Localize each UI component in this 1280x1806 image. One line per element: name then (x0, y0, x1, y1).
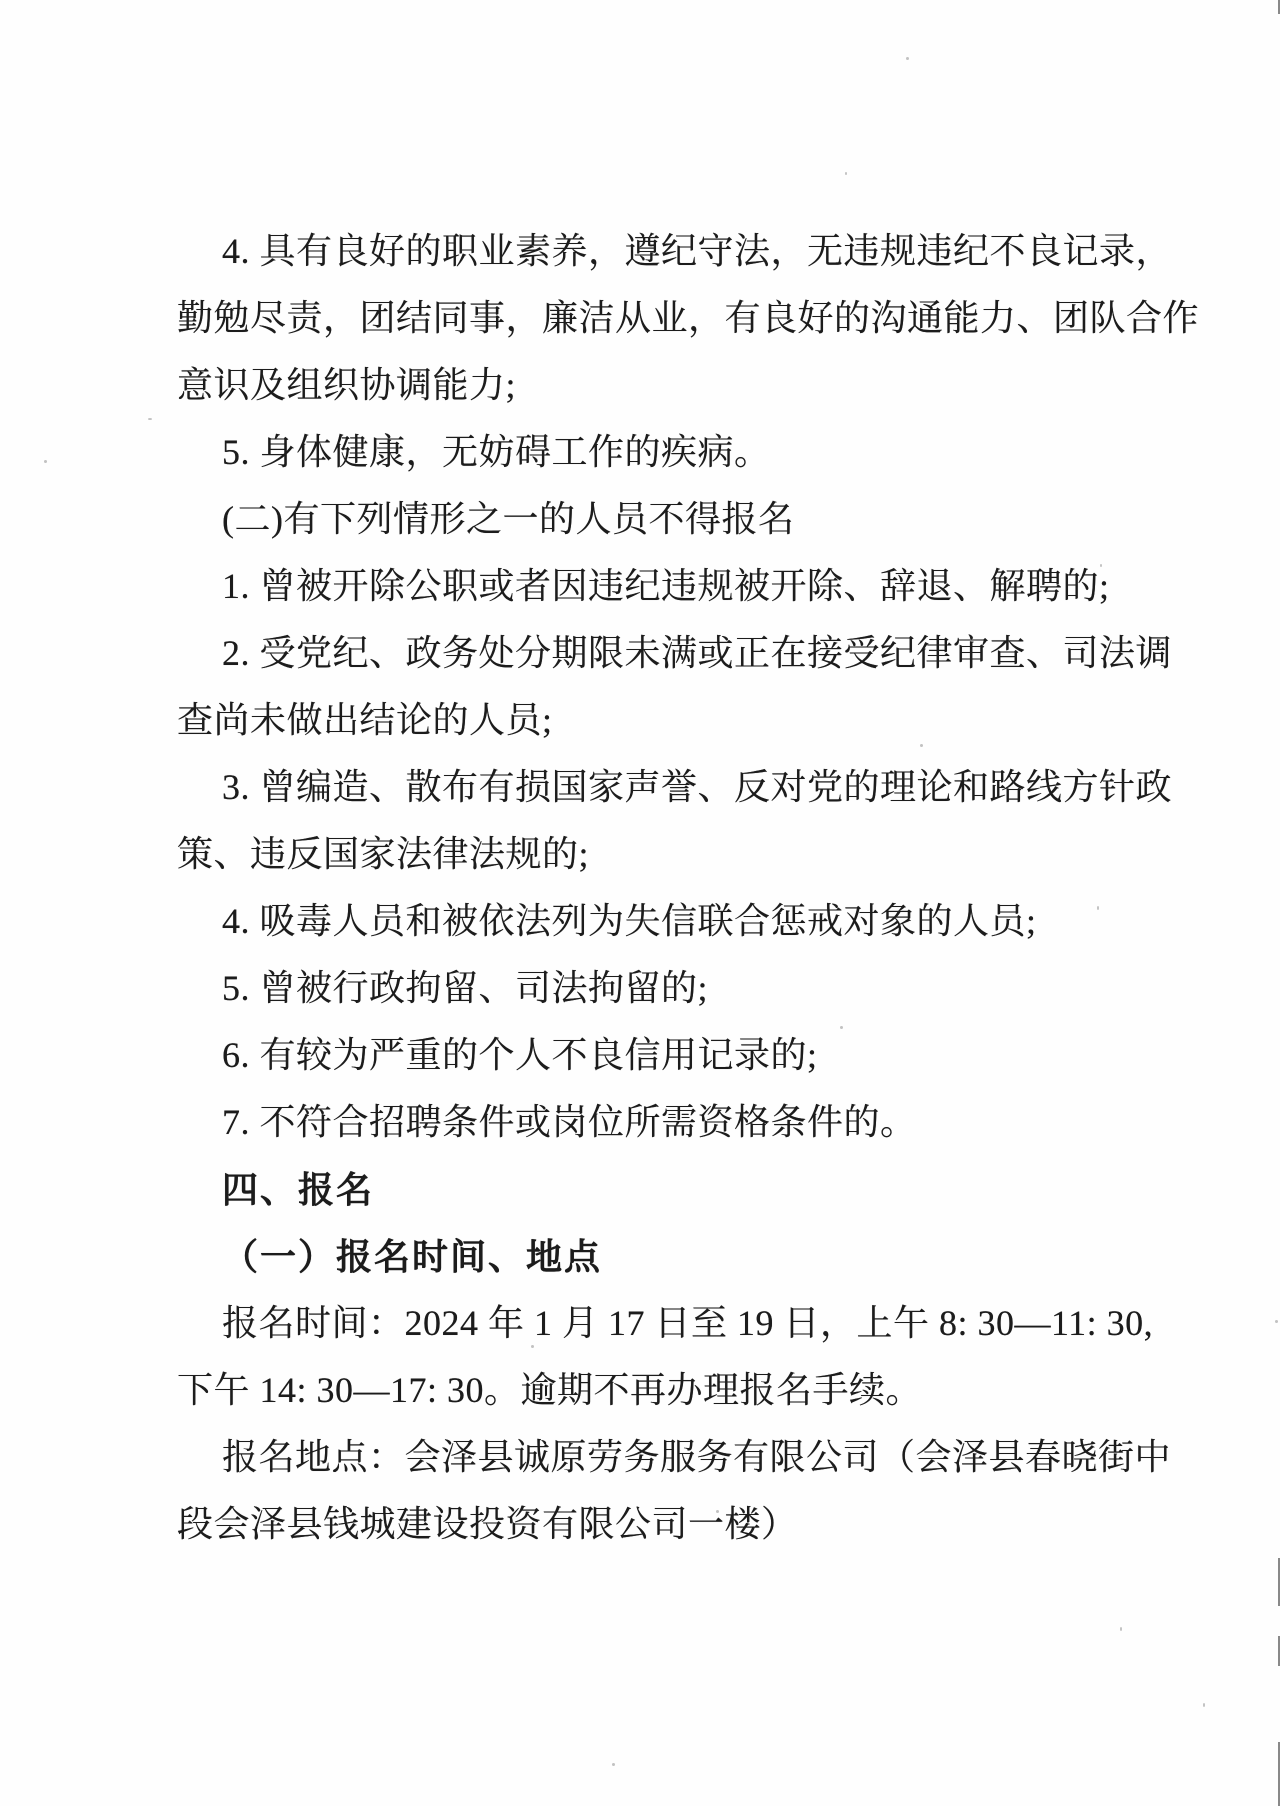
disqual-item-2-line-1: 2. 受党纪、政务处分期限未满或正在接受纪律审查、司法调 (177, 620, 1152, 687)
scan-speck (906, 57, 909, 60)
registration-location-line-2: 段会泽县钱城建设投资有限公司一楼） (177, 1491, 1152, 1558)
subsection-2-heading: (二)有下列情形之一的人员不得报名 (177, 486, 1152, 553)
disqual-item-2-line-2: 查尚未做出结论的人员; (177, 687, 1152, 754)
subsection-1-heading: （一）报名时间、地点 (177, 1223, 1152, 1290)
scan-speck (1120, 1627, 1122, 1631)
item-4-line-3: 意识及组织协调能力; (177, 352, 1152, 419)
item-4-line-2: 勤勉尽责，团结同事，廉洁从业，有良好的沟通能力、团队合作 (177, 285, 1152, 352)
scan-speck (1275, 1320, 1278, 1323)
scan-speck (148, 418, 152, 420)
registration-time-line-2: 下午 14: 30—17: 30。逾期不再办理报名手续。 (177, 1357, 1152, 1424)
disqual-item-3-line-2: 策、违反国家法律法规的; (177, 821, 1152, 888)
disqual-item-6: 6. 有较为严重的个人不良信用记录的; (177, 1022, 1152, 1089)
scan-speck (612, 1763, 615, 1766)
scan-speck (1097, 906, 1099, 910)
disqual-item-3-line-1: 3. 曾编造、散布有损国家声誉、反对党的理论和路线方针政 (177, 754, 1152, 821)
registration-location-line-1: 报名地点：会泽县诚原劳务服务有限公司（会泽县春晓街中 (177, 1424, 1152, 1491)
scan-speck (1100, 564, 1102, 567)
scan-speck (845, 172, 847, 175)
item-4-line-1: 4. 具有良好的职业素养，遵纪守法，无违规违纪不良记录， (177, 218, 1152, 285)
disqual-item-5: 5. 曾被行政拘留、司法拘留的; (177, 955, 1152, 1022)
document-body: 4. 具有良好的职业素养，遵纪守法，无违规违纪不良记录， 勤勉尽责，团结同事，廉… (177, 218, 1152, 1558)
section-4-heading: 四、报名 (177, 1156, 1152, 1223)
registration-time-line-1: 报名时间：2024 年 1 月 17 日至 19 日，上午 8: 30—11: … (177, 1290, 1152, 1357)
item-5: 5. 身体健康，无妨碍工作的疾病。 (177, 419, 1152, 486)
scan-speck (44, 460, 47, 463)
document-page: 4. 具有良好的职业素养，遵纪守法，无违规违纪不良记录， 勤勉尽责，团结同事，廉… (0, 0, 1280, 1806)
scan-speck (531, 1345, 534, 1348)
scan-speck (716, 1510, 719, 1513)
scan-speck (920, 744, 923, 747)
scan-speck (1203, 1703, 1205, 1707)
disqual-item-4: 4. 吸毒人员和被依法列为失信联合惩戒对象的人员; (177, 888, 1152, 955)
disqual-item-7: 7. 不符合招聘条件或岗位所需资格条件的。 (177, 1089, 1152, 1156)
scan-speck (840, 1026, 843, 1029)
disqual-item-1: 1. 曾被开除公职或者因违纪违规被开除、辞退、解聘的; (177, 553, 1152, 620)
